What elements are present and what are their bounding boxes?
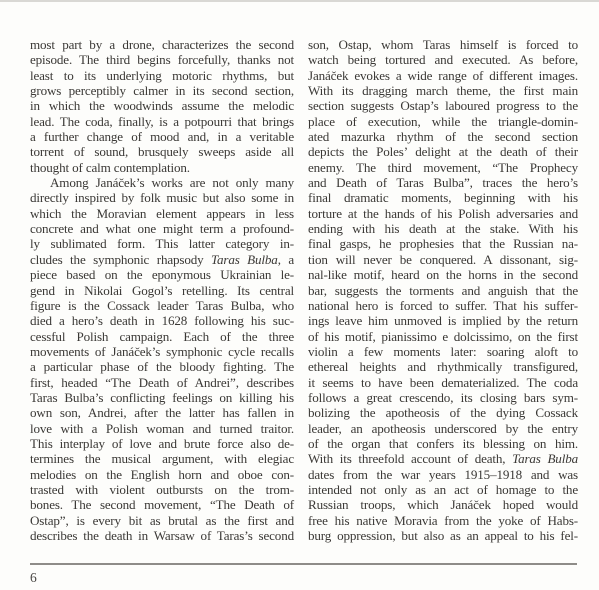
text-line: Among Janáček’s works are not only many [30,175,294,190]
text-run: ending with his death at the stake. With… [308,221,578,236]
text-run: melodies on the English horn and oboe co… [30,467,294,482]
text-run: intended not only as an act of homage to… [308,482,578,497]
text-line: ated mazurka rhythm of the second sectio… [308,129,578,144]
text-run: a further change of mood and, in a verit… [30,129,294,144]
text-line: thought of calm contemplation. [30,160,294,175]
text-run: of the organ that confers its blessing o… [308,436,578,451]
text-line: With its dragging march theme, the first… [308,83,578,98]
text-line: episode. The third begins forcefully, th… [30,52,294,67]
text-run: piece based on the eponymous Ukrainian l… [30,267,294,282]
page-number: 6 [30,570,37,586]
text-run: directly inspired by folk music but also… [30,190,294,205]
text-line: describes the death in Warsaw of Taras’s… [30,528,294,543]
text-line: ly sublimated form. This latter category… [30,236,294,251]
text-line: bar, suggests the torments and anguish t… [308,283,578,298]
text-line: most part by a drone, characterizes the … [30,37,294,52]
text-line: piece based on the eponymous Ukrainian l… [30,267,294,282]
text-line: of the organ that confers its blessing o… [308,436,578,451]
text-run: thought of calm contemplation. [30,160,190,175]
text-line: bolizing the apotheosis of the dying Cos… [308,405,578,420]
text-run: cludes the symphonic rhapsody [30,252,211,267]
text-run: a particular phase of the bloody fightin… [30,359,294,374]
text-run: final gasps, he prophesies that the Russ… [308,236,578,251]
text-line: love with a Polish woman and turned trai… [30,421,294,436]
footer-rule [30,563,577,565]
text-line: lead. The coda, finally, is a potpourri … [30,114,294,129]
text-line: torrent of sound, brusquely sweeps aside… [30,144,294,159]
text-line: own son, Andrei, after the latter has fa… [30,405,294,420]
text-line: and Death of Taras Bulba”, traces the he… [308,175,578,190]
text-run: Russian troops, which Janáček hoped woul… [308,497,578,512]
text-line: in which the woodwinds assume the melodi… [30,98,294,113]
text-line: movements of Janáček’s symphonic cycle r… [30,344,294,359]
text-line: termines the musical argument, with eleg… [30,451,294,466]
text-line: Taras Bulba’s conflicting feelings on ki… [30,390,294,405]
text-run: first, headed “The Death of Andrei”, des… [30,375,294,390]
text-run: and Death of Taras Bulba”, traces the he… [308,175,578,190]
text-run: nal-like motif, heard on the horns in th… [308,267,578,282]
text-line: trasted with violent outbursts on the tr… [30,482,294,497]
text-run: of his motif, pianissimo e dolcissimo, o… [308,329,578,344]
text-run: trasted with violent outbursts on the tr… [30,482,294,497]
text-run: tion will never be conquered. A dissonan… [308,252,578,267]
text-run: With its dragging march theme, the first… [308,83,578,98]
text-line: violin a few moments later: soaring alof… [308,344,578,359]
text-line: enemy. The third movement, “The Prophecy [308,160,578,175]
text-run: free his native Moravia from the yoke of… [308,513,578,528]
text-run: ly sublimated form. This latter category… [30,236,294,251]
text-line: With its threefold account of death, Tar… [308,451,578,466]
text-run: movements of Janáček’s symphonic cycle r… [30,344,294,359]
text-line: place of execution, while the triangle-d… [308,114,578,129]
text-line: a further change of mood and, in a verit… [30,129,294,144]
text-line: least to its underlying motoric rhythms,… [30,68,294,83]
text-run: grows perceptibly calmer in its second s… [30,83,294,98]
text-run: figure is the Cossack leader Taras Bulba… [30,298,294,313]
text-line: final dramatic moments, beginning with h… [308,190,578,205]
text-run: ethereal heights and rhythmically transf… [308,359,578,374]
text-line: figure is the Cossack leader Taras Bulba… [30,298,294,313]
text-run: termines the musical argument, with eleg… [30,451,294,466]
text-line: follows a great crescendo, its closing b… [308,390,578,405]
text-line: burg oppression, but also as an appeal t… [308,528,578,543]
text-run: concrete and what one might term a profo… [30,221,294,236]
text-line: gend in Nikolai Gogol’s retelling. Its c… [30,283,294,298]
text-run: enemy. The third movement, “The Prophecy [308,160,578,175]
text-run: section suggests Ostap’s laboured progre… [308,98,578,113]
text-line: Russian troops, which Janáček hoped woul… [308,497,578,512]
text-run: watch being tortured and executed. As be… [308,52,578,67]
text-line: section suggests Ostap’s laboured progre… [308,98,578,113]
text-line: national hero is forced to suffer. That … [308,298,578,313]
text-run: place of execution, while the triangle-d… [308,114,578,129]
text-run: in which the woodwinds assume the melodi… [30,98,294,113]
text-line: died a hero’s death in 1628 following hi… [30,313,294,328]
text-run: violin a few moments later: soaring alof… [308,344,578,359]
text-line: of his motif, pianissimo e dolcissimo, o… [308,329,578,344]
text-run: gend in Nikolai Gogol’s retelling. Its c… [30,283,294,298]
text-run: torrent of sound, brusquely sweeps aside… [30,144,294,159]
text-run: bar, suggests the torments and anguish t… [308,283,578,298]
text-run: died a hero’s death in 1628 following hi… [30,313,294,328]
text-line: depicts the Poles’ delight at the death … [308,144,578,159]
text-run: , a [278,252,294,267]
text-line: cludes the symphonic rhapsody Taras Bulb… [30,252,294,267]
text-run: ings leave him unmoved is implied by the… [308,313,578,328]
text-line: leader, an apotheosis underscored by the… [308,421,578,436]
text-line: final gasps, he prophesies that the Russ… [308,236,578,251]
text-line: watch being tortured and executed. As be… [308,52,578,67]
text-run: ated mazurka rhythm of the second sectio… [308,129,578,144]
text-line: first, headed “The Death of Andrei”, des… [30,375,294,390]
text-run: bolizing the apotheosis of the dying Cos… [308,405,578,420]
text-line: bones. The second movement, “The Death o… [30,497,294,512]
text-line: grows perceptibly calmer in its second s… [30,83,294,98]
text-run: leader, an apotheosis underscored by the… [308,421,578,436]
left-text-column: most part by a drone, characterizes the … [30,37,294,543]
right-text-column: son, Ostap, whom Taras himself is forced… [308,37,578,543]
text-run: Among Janáček’s works are not only many [50,175,294,190]
text-run: most part by a drone, characterizes the … [30,37,294,52]
text-run: Janáček evokes a wide range of different… [308,68,578,83]
text-line: directly inspired by folk music but also… [30,190,294,205]
italic-title: Taras Bulba [211,252,278,267]
text-line: Janáček evokes a wide range of different… [308,68,578,83]
text-run: it seems to have been dematerialized. Th… [308,375,578,390]
text-line: which the Moravian element appears in le… [30,206,294,221]
italic-title: Taras Bulba [512,451,578,466]
text-line: intended not only as an act of homage to… [308,482,578,497]
text-line: ethereal heights and rhythmically transf… [308,359,578,374]
text-run: burg oppression, but also as an appeal t… [308,528,578,543]
text-line: torture at the hands of his Polish adver… [308,206,578,221]
text-line: melodies on the English horn and oboe co… [30,467,294,482]
text-line: dates from the war years 1915–1918 and w… [308,467,578,482]
text-run: son, Ostap, whom Taras himself is forced… [308,37,578,52]
text-run: which the Moravian element appears in le… [30,206,294,221]
text-line: tion will never be conquered. A dissonan… [308,252,578,267]
text-line: ings leave him unmoved is implied by the… [308,313,578,328]
text-line: nal-like motif, heard on the horns in th… [308,267,578,282]
text-run: lead. The coda, finally, is a potpourri … [30,114,294,129]
page-top-edge [0,0,599,2]
text-run: love with a Polish woman and turned trai… [30,421,294,436]
text-line: Ostap”, is every bit as brutal as the fi… [30,513,294,528]
text-run: national hero is forced to suffer. That … [308,298,578,313]
text-line: a particular phase of the bloody fightin… [30,359,294,374]
text-run: episode. The third begins forcefully, th… [30,52,294,67]
text-run: cessful Polish campaign. Each of the thr… [30,329,294,344]
text-line: concrete and what one might term a profo… [30,221,294,236]
text-line: son, Ostap, whom Taras himself is forced… [308,37,578,52]
text-run: final dramatic moments, beginning with h… [308,190,578,205]
text-line: cessful Polish campaign. Each of the thr… [30,329,294,344]
text-run: depicts the Poles’ delight at the death … [308,144,578,159]
text-run: least to its underlying motoric rhythms,… [30,68,294,83]
text-run: bones. The second movement, “The Death o… [30,497,294,512]
text-run: describes the death in Warsaw of Taras’s… [30,528,294,543]
text-run: torture at the hands of his Polish adver… [308,206,578,221]
text-run: Taras Bulba’s conflicting feelings on ki… [30,390,294,405]
text-run: With its threefold account of death, [308,451,512,466]
text-run: Ostap”, is every bit as brutal as the fi… [30,513,294,528]
text-run: This interplay of love and brute force a… [30,436,294,451]
text-run: follows a great crescendo, its closing b… [308,390,578,405]
text-run: own son, Andrei, after the latter has fa… [30,405,294,420]
text-line: free his native Moravia from the yoke of… [308,513,578,528]
text-run: dates from the war years 1915–1918 and w… [308,467,578,482]
text-line: This interplay of love and brute force a… [30,436,294,451]
text-line: ending with his death at the stake. With… [308,221,578,236]
text-line: it seems to have been dematerialized. Th… [308,375,578,390]
